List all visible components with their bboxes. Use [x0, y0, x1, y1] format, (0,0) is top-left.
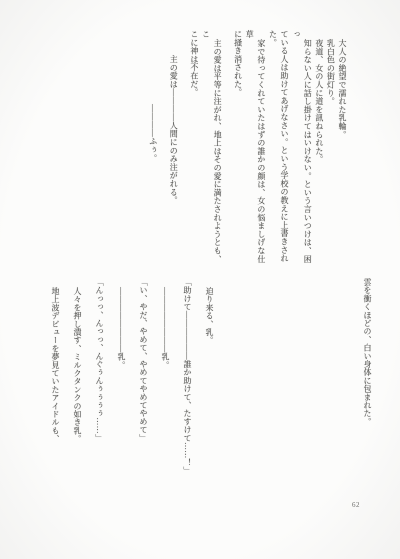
bottom-text-block: 雲を衝くほどの、白い身体に包まれた。 迫り来る、乳。 「助けて――――――誰か助…	[44, 278, 378, 528]
text-line: 大人の絶望で濡れた乳輪。	[336, 30, 348, 270]
text-line: 地上波デビューを夢見ていたアイドルも、	[44, 278, 66, 528]
book-page: 大人の絶望で濡れた乳輪。 乳白色の街灯り。 夜道、女の人に道を訊ねられた。 知ら…	[0, 0, 400, 559]
text-line: に掻き消された。	[232, 30, 244, 270]
text-line: ――――――――乳。	[154, 278, 176, 528]
text-line: 迫り来る、乳。	[198, 278, 220, 528]
page-number: 62	[352, 501, 360, 509]
text-line: 家で待ってくれていたはずの誰かの顔は、女の悩ましげな仕草	[244, 30, 267, 270]
text-line: 夜道、女の人に道を訊ねられた。	[313, 30, 325, 270]
text-line: ――――――――乳。	[110, 278, 132, 528]
text-line: 「助けて――――――誰か助けて、たすけて……！」	[176, 278, 198, 528]
text-line: ている人は助けてあげなさい。という学校の教えに上書きされた。	[267, 30, 290, 270]
text-line: 「んっっ、んっっ、んぐぅんぅぅぅぅ……」	[88, 278, 110, 528]
text-line: 乳白色の街灯り。	[325, 30, 337, 270]
text-line: 知らない人に話し掛けてはいけない。という言いつけは、困っ	[290, 30, 313, 270]
text-line: ――――ふぅ。	[147, 30, 159, 270]
text-line: 雲を衝くほどの、白い身体に包まれた。	[356, 278, 378, 528]
text-line: 主の愛は――――人間にのみ注がれる。	[168, 30, 180, 270]
text-line: 主の愛は平等に注がれ、地上はその愛に満たされようとも、こ	[200, 30, 223, 270]
top-text-block: 大人の絶望で濡れた乳輪。 乳白色の街灯り。 夜道、女の人に道を訊ねられた。 知ら…	[147, 30, 348, 270]
text-line: 「い、やだ、やめて、やめてやめてやめて」	[132, 278, 154, 528]
text-line: こに神は不在だ。	[188, 30, 200, 270]
text-line: 人々を押し潰す、ミルクタンクの如き乳。	[66, 278, 88, 528]
